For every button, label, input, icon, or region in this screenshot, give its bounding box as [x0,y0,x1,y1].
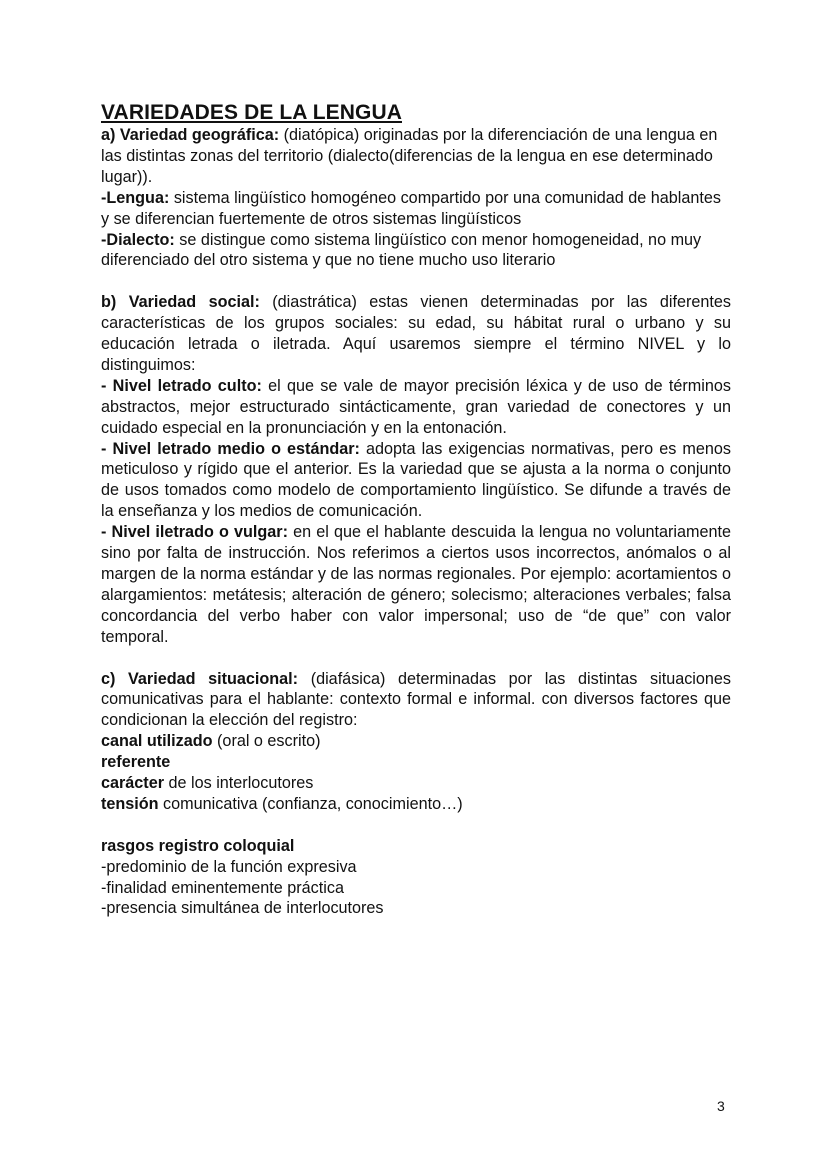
factor-term: referente [101,753,170,771]
section-b-label: b) Variedad social: [101,293,260,311]
lengua-definition: -Lengua: sistema lingüístico homogéneo c… [101,188,731,230]
spacer [101,815,731,836]
nivel-culto-paragraph: - Nivel letrado culto: el que se vale de… [101,376,731,439]
rasgos-heading: rasgos registro coloquial [101,836,731,857]
rasgo-item: -finalidad eminentemente práctica [101,878,731,899]
nivel-vulgar-text: en el que el hablante descuida la lengua… [101,523,731,646]
factor-line: tensión comunicativa (confianza, conocim… [101,794,731,815]
factor-line: canal utilizado (oral o escrito) [101,731,731,752]
spacer [101,271,731,292]
page-title: VARIEDADES DE LA LENGUA [101,101,731,125]
rasgo-item: -predominio de la función expresiva [101,857,731,878]
factor-term: tensión [101,795,159,813]
factor-line: carácter de los interlocutores [101,773,731,794]
spacer [101,648,731,669]
section-c-label: c) Variedad situacional: [101,670,298,688]
factor-detail: (oral o escrito) [213,732,321,750]
nivel-medio-paragraph: - Nivel letrado medio o estándar: adopta… [101,439,731,523]
lengua-text: sistema lingüístico homogéneo compartido… [101,189,721,228]
dialecto-label: -Dialecto: [101,231,175,249]
section-b-paragraph: b) Variedad social: (diastrática) estas … [101,292,731,376]
rasgos-heading-text: rasgos registro coloquial [101,837,294,855]
dialecto-definition: -Dialecto: se distingue como sistema lin… [101,230,731,272]
factor-detail: de los interlocutores [164,774,313,792]
page-number: 3 [717,1098,725,1114]
section-c-paragraph: c) Variedad situacional: (diafásica) det… [101,669,731,732]
factor-line: referente [101,752,731,773]
nivel-vulgar-paragraph: - Nivel iletrado o vulgar: en el que el … [101,522,731,647]
nivel-vulgar-label: - Nivel iletrado o vulgar: [101,523,288,541]
rasgo-item: -presencia simultánea de interlocutores [101,898,731,919]
factor-term: carácter [101,774,164,792]
nivel-medio-label: - Nivel letrado medio o estándar: [101,440,360,458]
document-page: VARIEDADES DE LA LENGUA a) Variedad geog… [101,101,731,919]
lengua-label: -Lengua: [101,189,169,207]
nivel-culto-label: - Nivel letrado culto: [101,377,262,395]
section-a-paragraph: a) Variedad geográfica: (diatópica) orig… [101,125,731,188]
section-a-label: a) Variedad geográfica: [101,126,279,144]
factor-term: canal utilizado [101,732,213,750]
dialecto-text: se distingue como sistema lingüístico co… [101,231,701,270]
factor-detail: comunicativa (confianza, conocimiento…) [159,795,463,813]
